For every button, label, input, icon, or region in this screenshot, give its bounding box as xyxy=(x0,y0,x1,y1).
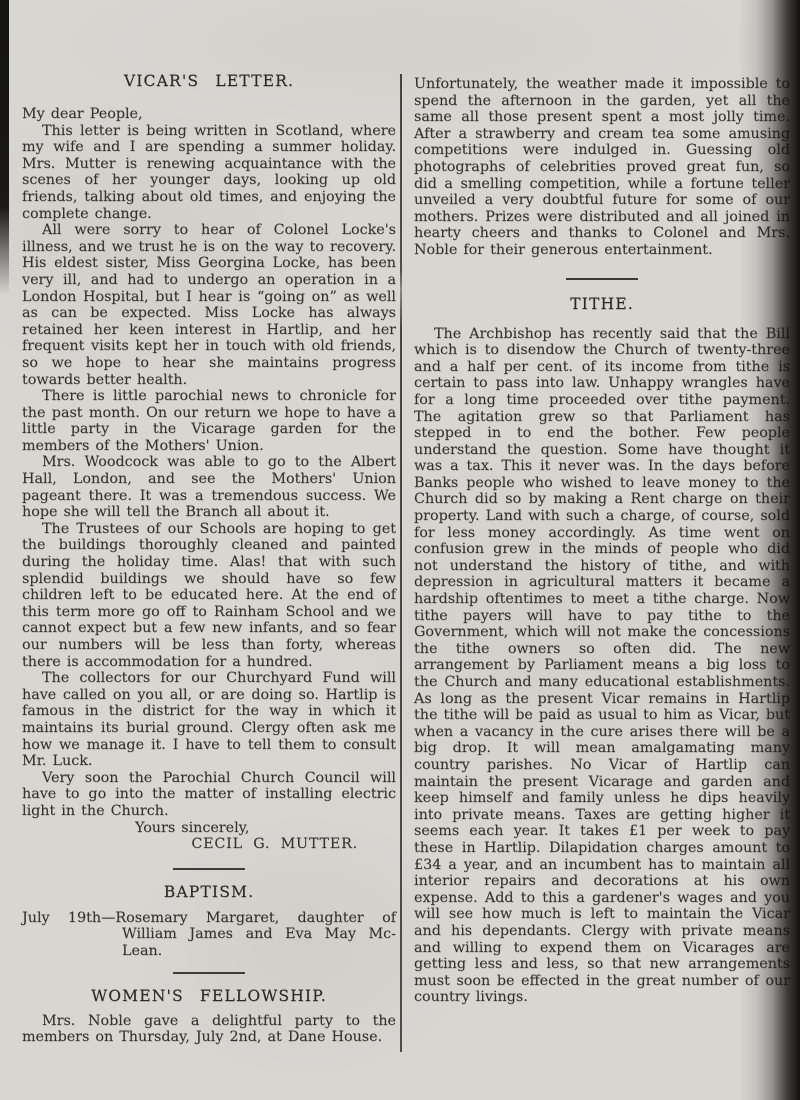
right-column: Unfortunately, the weather made it impos… xyxy=(414,76,790,1006)
salutation: My dear People, xyxy=(22,106,396,123)
womens-fellowship-continued: Unfortunately, the weather made it impos… xyxy=(414,76,790,259)
letter-paragraph: Very soon the Parochial Church Council w… xyxy=(22,770,396,820)
magazine-page: VICAR'S LETTER. My dear People, This let… xyxy=(0,0,800,1100)
tithe-paragraph: The Archbishop has recently said that th… xyxy=(414,326,790,1006)
letter-paragraph: The collectors for our Churchyard Fund w… xyxy=(22,670,396,770)
signature: CECIL G. MUTTER. xyxy=(22,836,396,853)
letter-paragraph: The Trustees of our Schools are hoping t… xyxy=(22,521,396,670)
letter-paragraph: There is little parochial news to chroni… xyxy=(22,388,396,454)
page-gutter-shadow xyxy=(738,0,800,1100)
baptism-entry: July 19th—Rosemary Margaret, daughter of… xyxy=(22,910,396,960)
baptism-heading: BAPTISM. xyxy=(22,883,396,901)
section-divider xyxy=(566,278,638,280)
section-divider xyxy=(173,868,245,870)
left-column: VICAR'S LETTER. My dear People, This let… xyxy=(22,72,396,1046)
letter-paragraph: All were sorry to hear of Colonel Locke'… xyxy=(22,222,396,388)
valediction: Yours sincerely, xyxy=(135,820,396,837)
vicars-letter-heading: VICAR'S LETTER. xyxy=(22,72,396,90)
tithe-heading: TITHE. xyxy=(414,295,790,313)
womens-fellowship-heading: WOMEN'S FELLOWSHIP. xyxy=(22,987,396,1005)
womens-fellowship-paragraph: Mrs. Noble gave a delightful party to th… xyxy=(22,1013,396,1046)
column-rule xyxy=(400,74,402,1052)
letter-paragraph: Mrs. Woodcock was able to go to the Albe… xyxy=(22,454,396,520)
section-divider xyxy=(173,972,245,974)
scan-edge-mark xyxy=(0,0,9,295)
letter-paragraph: This letter is being written in Scotland… xyxy=(22,123,396,223)
